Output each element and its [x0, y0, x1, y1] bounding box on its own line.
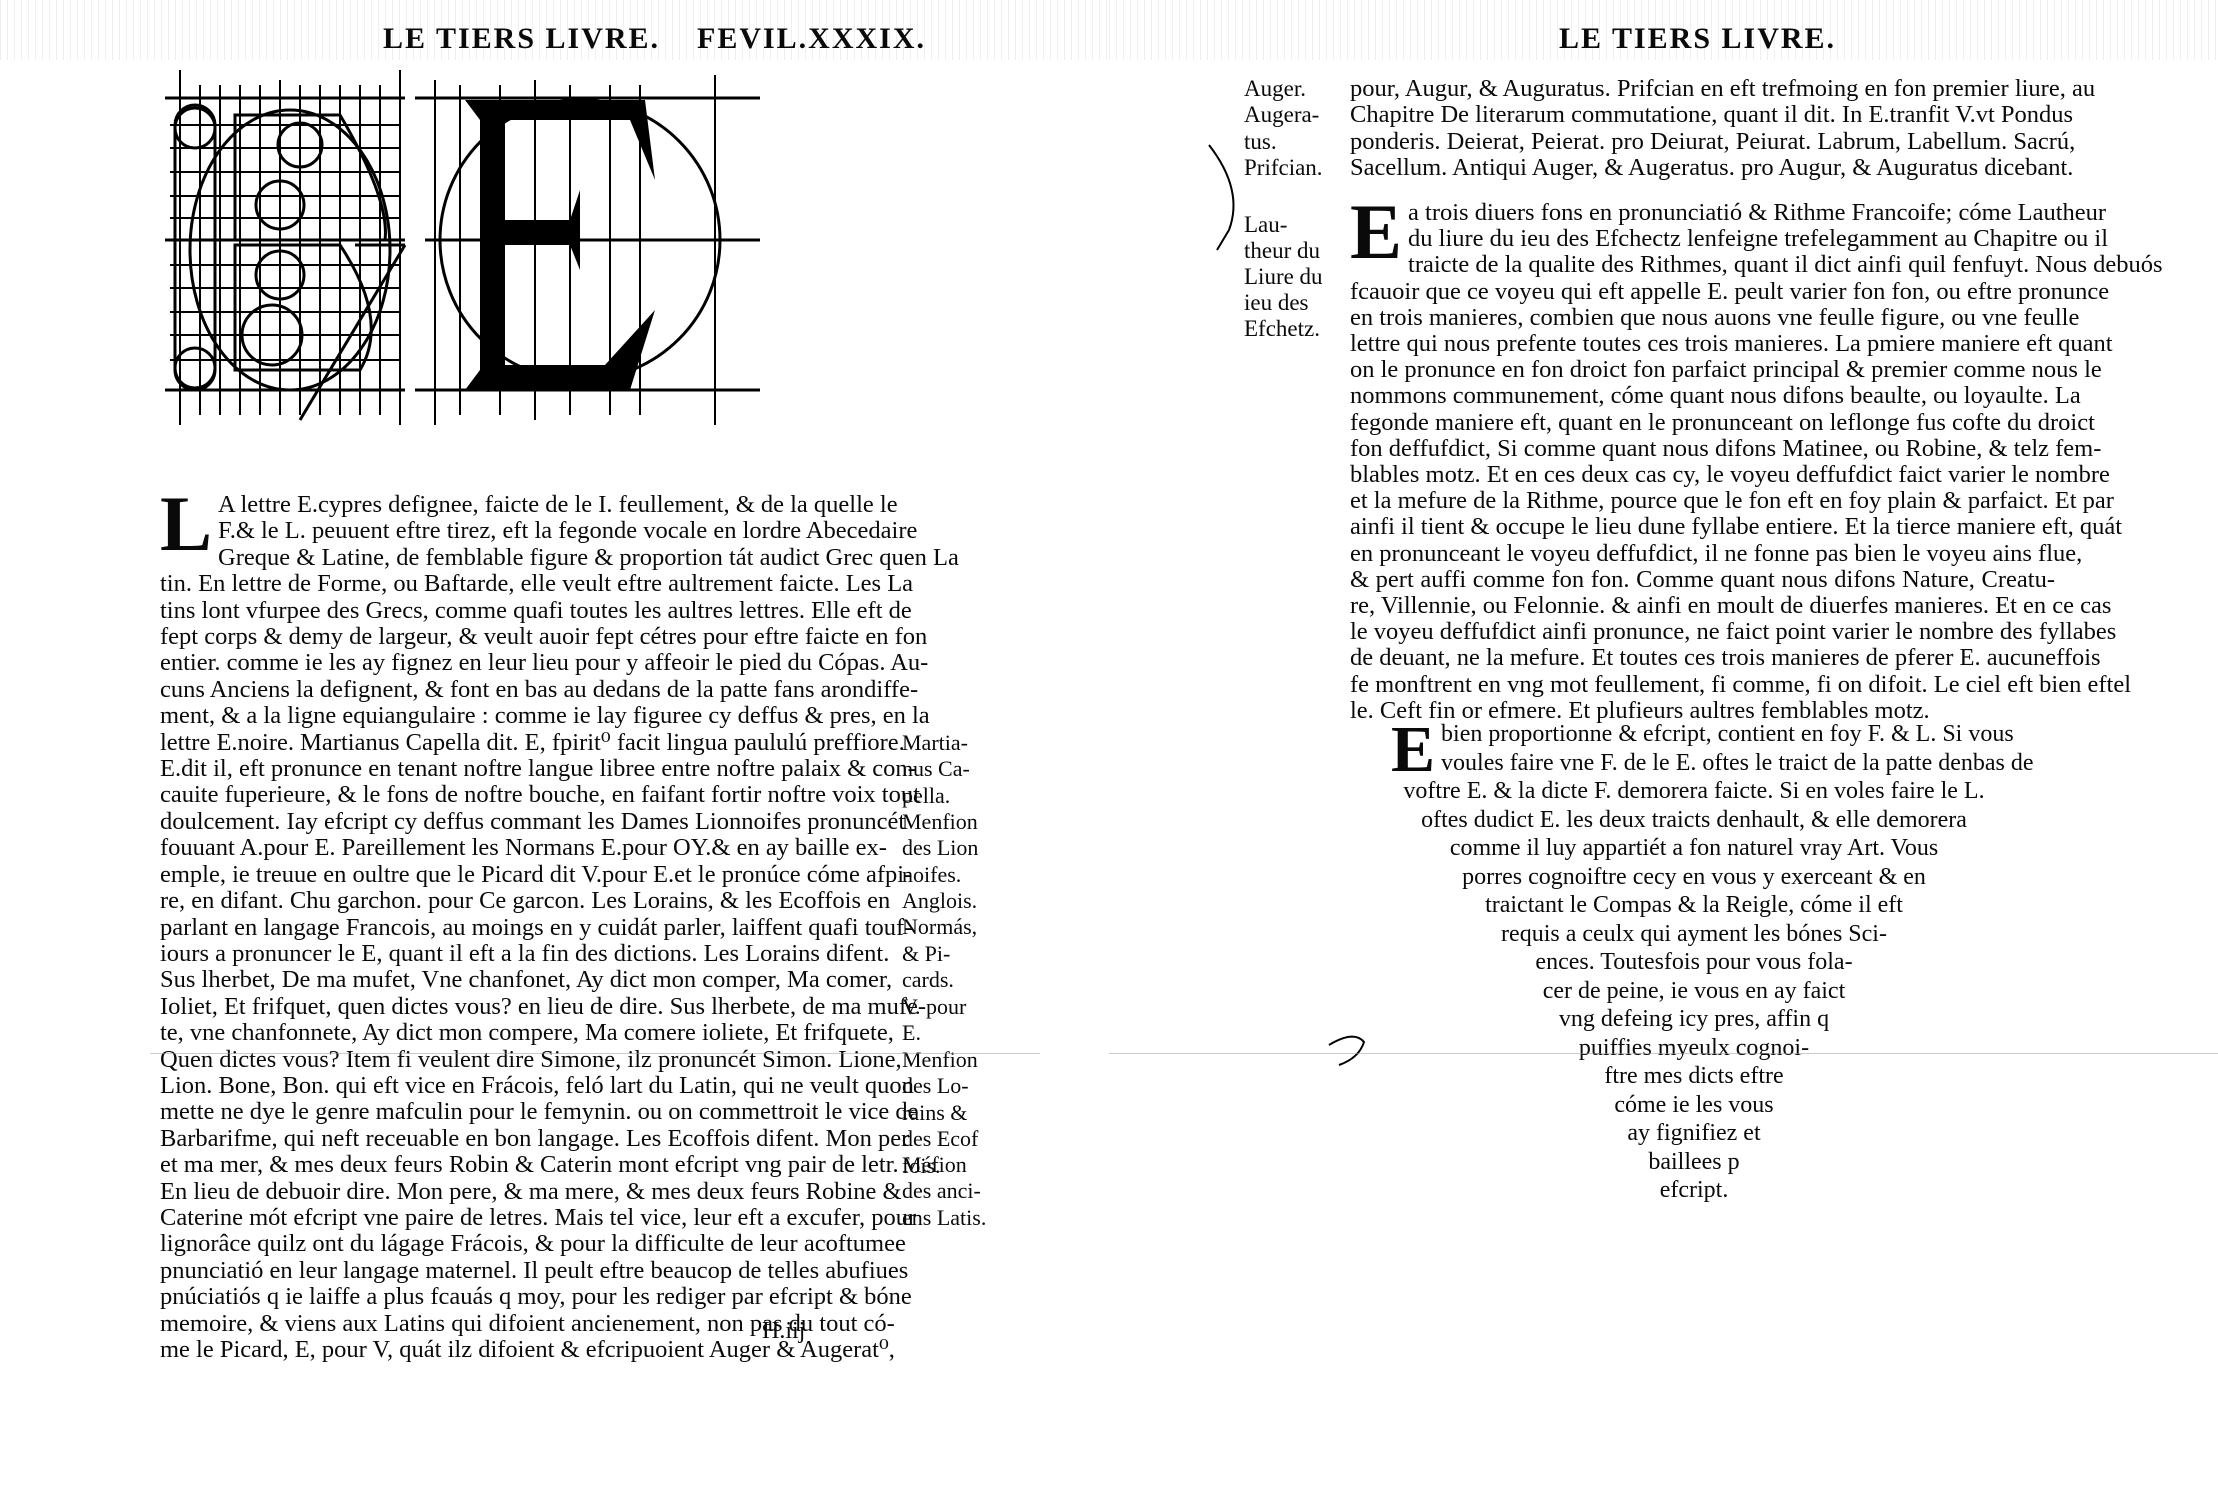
text-line: Quen dictes vous? Item fi veulent dire S…: [160, 1047, 885, 1073]
text-line: Caterine mót efcript vne paire de letres…: [160, 1205, 885, 1231]
text-line: cauite fuperieure, & le fons de noftre b…: [160, 782, 885, 808]
text-line: fcauoir que ce voyeu qui eft appelle E. …: [1350, 279, 2055, 305]
margin-note-v-pour-e: V. pour E.: [902, 994, 966, 1047]
text-line: traicte de la qualite des Rithmes, quant…: [1350, 252, 2055, 278]
text-line: re, en difant. Chu garchon. pour Ce garc…: [160, 888, 885, 914]
text-line: lignorâce quilz ont du lágage Frácois, &…: [160, 1231, 885, 1257]
text-line: fon deffufdict, Si comme quant nous difo…: [1350, 436, 2055, 462]
text-line: pnunciatió en leur langage maternel. Il …: [160, 1258, 885, 1284]
text-line: doulcement. Iay efcript cy deffus comman…: [160, 809, 885, 835]
text-line: traictant le Compas & la Reigle, cóme il…: [1394, 891, 1994, 920]
text-line: Lion. Bone, Bon. qui eft vice en Frácois…: [160, 1073, 885, 1099]
text-line: nommons communement, cóme quant nous dif…: [1350, 383, 2055, 409]
text-line: cóme ie les vous: [1394, 1091, 1994, 1120]
drop-cap: E: [1391, 724, 1435, 776]
text-line: iours a pronuncer le E, quant il eft a l…: [160, 941, 885, 967]
pen-squiggle-mark: [1324, 1030, 1384, 1070]
text-line: emple, ie treuue en oultre que le Picard…: [160, 862, 885, 888]
text-line: ftre mes dicts eftre: [1394, 1062, 1994, 1091]
text-line: ainfi il tient & occupe le lieu dune fyl…: [1350, 514, 2055, 540]
text-line: tins lont vfurpee des Grecs, comme quafi…: [160, 598, 885, 624]
text-line: Ioliet, Et frifquet, quen dictes vous? e…: [160, 994, 885, 1020]
margin-note-martianus: Martia- nus Ca- pella.: [902, 730, 970, 809]
text-line: parlant en langage Francois, au moings e…: [160, 915, 885, 941]
text-line: oftes dudict E. les deux traicts denhaul…: [1394, 806, 1994, 835]
right-paragraph-2: E a trois diuers fons en pronunciatió & …: [1350, 200, 2055, 724]
margin-note-anciens-latins: Méfion des anci- ens Latis.: [902, 1152, 986, 1231]
text-line: le voyeu deffufdict ainfi pronunce, ne f…: [1350, 619, 2055, 645]
text-line: F.& le L. peuuent eftre tirez, eft la fe…: [160, 518, 885, 544]
drop-cap: L: [160, 494, 212, 554]
margin-note-lionnoises: Menfion des Lion noifes.: [902, 809, 978, 888]
text-line: lettre E.noire. Martianus Capella dit. E…: [160, 730, 885, 756]
signature-mark: H.iij: [762, 1318, 805, 1345]
right-paragraph-1: pour, Augur, & Auguratus. Prifcian en ef…: [1350, 76, 2055, 182]
text-line: voftre E. & la dicte F. demorera faicte.…: [1394, 777, 1994, 806]
left-page: LE TIERS LIVRE. FEVIL.XXXIX.: [0, 0, 1109, 1500]
text-line: En lieu de debuoir dire. Mon pere, & ma …: [160, 1179, 885, 1205]
text-line: Chapitre De literarum commutatione, quan…: [1350, 102, 2055, 128]
text-line: requis a ceulx qui ayment les bónes Sci-: [1394, 920, 1994, 949]
scan-line-artifact: [1109, 1053, 2218, 1054]
text-line: fept corps & demy de largeur, & veult au…: [160, 624, 885, 650]
running-head-title: LE TIERS LIVRE.: [383, 22, 660, 56]
text-line: blables motz. Et en ces deux cas cy, le …: [1350, 462, 2055, 488]
text-line: fe monftrent en vng mot feullement, fi c…: [1350, 672, 2055, 698]
text-line: baillees p: [1394, 1148, 1994, 1177]
text-line: Sacellum. Antiqui Auger, & Augeratus. pr…: [1350, 155, 2055, 181]
text-line: cer de peine, ie vous en ay faict: [1394, 977, 1994, 1006]
text-line: Barbarifme, qui neft receuable en bon la…: [160, 1126, 885, 1152]
left-body-text: L A lettre E.cypres defignee, faicte de …: [160, 492, 885, 1363]
text-line: re, Villennie, ou Felonnie. & ainfi en m…: [1350, 593, 2055, 619]
margin-note-anglois-normans: Anglois. Normás, & Pi- cards.: [902, 888, 977, 994]
text-line: fouuant A.pour E. Pareillement les Norma…: [160, 835, 885, 861]
text-line: en trois manieres, combien que nous auon…: [1350, 305, 2055, 331]
text-line: en pronunceant le voyeu deffufdict, il n…: [1350, 541, 2055, 567]
text-line: puiffies myeulx cognoi-: [1394, 1034, 1994, 1063]
text-line: lettre qui nous prefente toutes ces troi…: [1350, 331, 2055, 357]
text-line: ay fignifiez et: [1394, 1119, 1994, 1148]
text-line: du liure du ieu des Efchectz lenfeigne t…: [1350, 226, 2055, 252]
drop-cap: E: [1350, 202, 1402, 262]
text-line: et la mefure de la Rithme, pource que le…: [1350, 488, 2055, 514]
text-line: & pert auffi comme fon fon. Comme quant …: [1350, 567, 2055, 593]
text-line: porres cognoiftre cecy en vous y exercea…: [1394, 863, 1994, 892]
text-line: a trois diuers fons en pronunciatió & Ri…: [1350, 200, 2055, 226]
text-line: tin. En lettre de Forme, ou Baftarde, el…: [160, 571, 885, 597]
text-line: comme il luy appartiét a fon naturel vra…: [1394, 834, 1994, 863]
text-line: de deuant, ne la mefure. Et toutes ces t…: [1350, 645, 2055, 671]
text-line: voules faire vne F. de le E. oftes le tr…: [1394, 749, 1994, 778]
text-line: A lettre E.cypres defignee, faicte de le…: [160, 492, 885, 518]
text-line: on le pronunce en fon droict fon parfaic…: [1350, 357, 2055, 383]
text-line: pnúciatiós q ie laiffe a plus fcauás q m…: [160, 1284, 885, 1310]
scan-line-artifact: [150, 1053, 1040, 1054]
right-paragraph-3-tapered: E bien proportionne & efcript, contient …: [1394, 720, 1994, 1205]
right-page: LE TIERS LIVRE. Auger. Augera- tus. Prif…: [1109, 0, 2218, 1500]
text-line: Sus lherbet, De ma mufet, Vne chanfonet,…: [160, 967, 885, 993]
text-line: ences. Toutesfois pour vous fola-: [1394, 948, 1994, 977]
text-line: pour, Augur, & Auguratus. Prifcian en ef…: [1350, 76, 2055, 102]
running-head-title: LE TIERS LIVRE.: [1559, 22, 1836, 56]
text-line: te, vne chanfonnete, Ay dict mon compere…: [160, 1020, 885, 1046]
text-line: efcript.: [1394, 1176, 1994, 1205]
text-line: vng defeing icy pres, affin q: [1394, 1005, 1994, 1034]
pen-bracket-mark: [1199, 140, 1259, 260]
text-line: cuns Anciens la defignent, & font en bas…: [160, 677, 885, 703]
text-line: fegonde maniere eft, quant en le pronunc…: [1350, 410, 2055, 436]
letter-e-construction-figure: [160, 60, 760, 440]
text-line: et ma mer, & mes deux feurs Robin & Cate…: [160, 1152, 885, 1178]
text-line: ponderis. Deierat, Peierat. pro Deiurat,…: [1350, 129, 2055, 155]
text-line: Greque & Latine, de femblable figure & p…: [160, 545, 885, 571]
text-line: mette ne dye le genre mafculin pour le f…: [160, 1099, 885, 1125]
folio-number: FEVIL.XXXIX.: [697, 22, 926, 56]
text-line: bien proportionne & efcript, contient en…: [1441, 721, 2014, 747]
text-line: ment, & a la ligne equiangulaire : comme…: [160, 703, 885, 729]
text-line: entier. comme ie les ay fignez en leur l…: [160, 650, 885, 676]
text-line: E.dit il, eft pronunce en tenant noftre …: [160, 756, 885, 782]
